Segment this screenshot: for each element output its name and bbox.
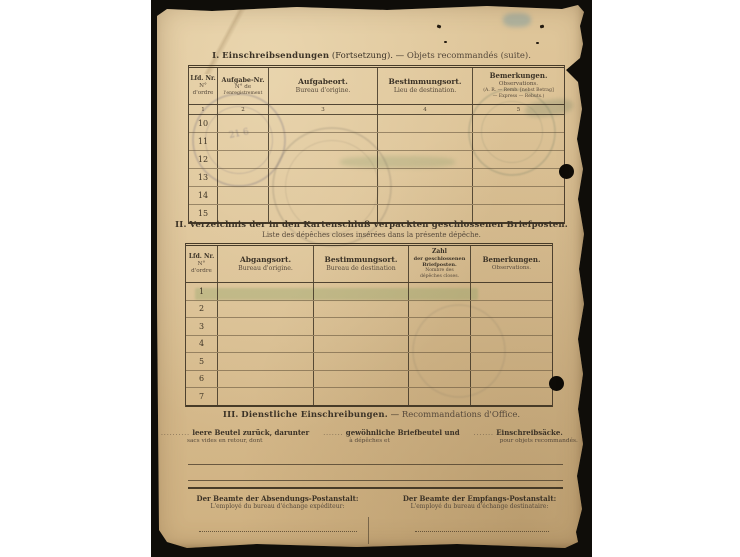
section1-title: I. Einschreibsendungen (Fortsetzung). — …	[157, 51, 586, 61]
photo-mat: 21 6 I. Einschreibsendungen (Fortsetzung…	[151, 0, 592, 557]
section1-title-paren: (Fortsetzung).	[332, 51, 393, 61]
row-number: 6	[186, 371, 218, 388]
row-number: 11	[189, 133, 218, 150]
col-label-fr: Bureau d'origine.	[238, 265, 293, 273]
table1-row: 11	[189, 133, 564, 151]
table2-header: Lfd. Nr. N° d'ordre Abgangsort. Bureau d…	[186, 243, 552, 283]
col-label-de: Bemerkungen.	[483, 256, 541, 265]
section2-title: II. Verzeichnis der in den Kartenschluß …	[157, 221, 586, 240]
col-number: 2	[218, 105, 269, 114]
col-label-fr: d'ordre	[193, 90, 214, 97]
table1-column-numbers: 1 2 3 4 5	[189, 105, 564, 115]
table2-col-lfd-nr: Lfd. Nr. N° d'ordre	[186, 246, 218, 282]
col-label-fr: l'enregistrement	[224, 91, 263, 97]
section1-number: I.	[212, 51, 219, 61]
col-label-de: Bestimmungsort.	[325, 255, 398, 264]
col-note: — Express — Rebuts.)	[493, 94, 545, 100]
table1-col-bestimmungsort: Bestimmungsort. Lieu de destination.	[378, 68, 473, 104]
section3-fill-in-line: .......... leere Beutel zurück, darunter…	[161, 428, 581, 444]
table1-row: 13	[189, 169, 564, 187]
section3-title-fr: Recommandations d'Office.	[402, 410, 520, 420]
blank-label-de: Einschreibsäcke.	[496, 428, 563, 437]
col-number: 4	[378, 105, 473, 114]
section2-title-de: Verzeichnis der in den Kartenschluß verp…	[189, 220, 568, 230]
writing-line	[188, 480, 563, 481]
col-label-de: Lfd. Nr.	[189, 253, 214, 261]
signature-label-de: Der Beamte der Absendungs-Postanstalt:	[185, 494, 370, 503]
section1-title-fr: Objets recommandés (suite).	[407, 51, 531, 61]
table2-col-bestimmungsort: Bestimmungsort. Bureau de destination	[314, 246, 409, 282]
signature-block-receiver: Der Beamte der Empfangs-Postanstalt: L'e…	[397, 494, 562, 511]
signature-label-fr: L'employé du bureau d'échange destinatai…	[397, 503, 562, 511]
table1-col-bemerkungen: Bemerkungen. Observations. (A. R. — Remb…	[473, 68, 564, 104]
row-number: 14	[189, 187, 218, 204]
blank-label-de: leere Beutel zurück, darunter	[192, 428, 309, 437]
table1-row: 14	[189, 187, 564, 205]
paper-speck	[444, 41, 447, 43]
table1-row: 10	[189, 115, 564, 133]
blank-empty-bags: .......... leere Beutel zurück, darunter…	[161, 428, 309, 444]
blank-registered-bags: ....... Einschreibsäcke. pour objets rec…	[474, 428, 578, 444]
blank-label-fr: pour objets recommandés.	[474, 438, 578, 444]
section2-title-fr: Liste des dépêches closes insérées dans …	[157, 231, 586, 241]
col-label-fr: Bureau de destination	[326, 265, 396, 273]
table2-row: 5	[186, 353, 552, 371]
title-separator: —	[391, 410, 400, 420]
writing-line	[188, 464, 563, 465]
paper-crease	[157, 4, 297, 74]
col-label-fr: Bureau d'origine.	[296, 87, 351, 95]
form-paper: 21 6 I. Einschreibsendungen (Fortsetzung…	[157, 4, 586, 549]
signature-label-fr: L'employé du bureau d'échange expéditeur…	[185, 503, 370, 511]
table2-row: 7	[186, 388, 552, 407]
blank-label-de: gewöhnliche Briefbeutel und	[346, 428, 460, 437]
writing-line-heavy	[188, 487, 563, 489]
table2-col-abgangsort: Abgangsort. Bureau d'origine.	[218, 246, 314, 282]
row-number: 13	[189, 169, 218, 186]
col-label-de: Aufgabe-Nr.	[222, 76, 265, 84]
row-number: 12	[189, 151, 218, 168]
row-number: 3	[186, 318, 218, 335]
col-label-fr: d'ordre	[191, 268, 212, 275]
row-number: 10	[189, 115, 218, 132]
col-label-de: Bestimmungsort.	[389, 77, 462, 86]
signature-dotted-line	[199, 530, 357, 532]
table-registered-items: Lfd. Nr. N° d'ordre Aufgabe-Nr. N° de l'…	[188, 65, 565, 224]
dotted-blank: ..........	[161, 430, 190, 437]
col-label-fr: dépêches closes.	[420, 274, 459, 280]
table2-col-zahl: Zahl der geschlossenen Briefposten. Nomb…	[409, 246, 471, 282]
table1-col-aufgabe-nr: Aufgabe-Nr. N° de l'enregistrement	[218, 68, 269, 104]
paper-speck	[540, 25, 545, 29]
scanned-postal-form-photo: 21 6 I. Einschreibsendungen (Fortsetzung…	[0, 0, 740, 557]
table2-col-bemerkungen: Bemerkungen. Observations.	[471, 246, 552, 282]
signature-divider	[368, 517, 369, 544]
signature-dotted-line	[415, 530, 549, 532]
title-separator: —	[396, 51, 405, 61]
col-label-fr: N°	[198, 261, 206, 268]
col-label-fr: Lieu de destination.	[394, 87, 456, 95]
section1-title-de: Einschreibsendungen	[222, 51, 329, 61]
row-number: 4	[186, 336, 218, 353]
blue-ink-smudge	[503, 13, 531, 27]
table1-row: 12	[189, 151, 564, 169]
hole-punch	[559, 164, 574, 179]
col-number: 5	[473, 105, 564, 114]
table2-row: 4	[186, 336, 552, 354]
table1-header: Lfd. Nr. N° d'ordre Aufgabe-Nr. N° de l'…	[189, 65, 564, 105]
section3-title: III. Dienstliche Einschreibungen. — Reco…	[157, 410, 586, 420]
hole-punch	[549, 376, 564, 391]
signature-label-de: Der Beamte der Empfangs-Postanstalt:	[397, 494, 562, 503]
signature-block-sender: Der Beamte der Absendungs-Postanstalt: L…	[185, 494, 370, 511]
col-label-fr: N°	[199, 83, 207, 90]
table2-row: 1	[186, 283, 552, 301]
table2-row: 3	[186, 318, 552, 336]
col-number: 1	[189, 105, 218, 114]
table-closed-mails: Lfd. Nr. N° d'ordre Abgangsort. Bureau d…	[185, 243, 553, 407]
dotted-blank: .......	[323, 430, 343, 437]
table1-col-aufgabeort: Aufgabeort. Bureau d'origine.	[269, 68, 378, 104]
dotted-blank: .......	[474, 430, 494, 437]
col-label-de: Aufgabeort.	[298, 77, 348, 86]
section3-number: III.	[223, 410, 239, 420]
section2-number: II.	[175, 220, 187, 230]
row-number: 1	[186, 283, 218, 300]
blank-label-fr: sacs vides en retour, dont	[161, 438, 309, 444]
col-number: 3	[269, 105, 378, 114]
blank-letter-bags: ....... gewöhnliche Briefbeutel und à dé…	[323, 428, 459, 444]
paper-speck	[437, 24, 442, 28]
section3-title-de: Dienstliche Einschreibungen.	[241, 410, 388, 420]
row-number: 7	[186, 388, 218, 405]
col-label-de: Zahl	[432, 248, 447, 256]
col-label-de: Lfd. Nr.	[190, 75, 215, 83]
col-label-de: Bemerkungen.	[490, 72, 548, 81]
row-number: 5	[186, 353, 218, 370]
col-label-fr: N° de	[235, 84, 251, 91]
table1-col-lfd-nr: Lfd. Nr. N° d'ordre	[189, 68, 218, 104]
col-label-fr: Observations.	[492, 265, 531, 272]
col-label-de: Abgangsort.	[240, 255, 291, 264]
blank-label-fr: à dépêches et	[323, 438, 459, 444]
paper-speck	[536, 42, 539, 44]
table2-row: 2	[186, 301, 552, 319]
table2-row: 6	[186, 371, 552, 389]
row-number: 2	[186, 301, 218, 318]
